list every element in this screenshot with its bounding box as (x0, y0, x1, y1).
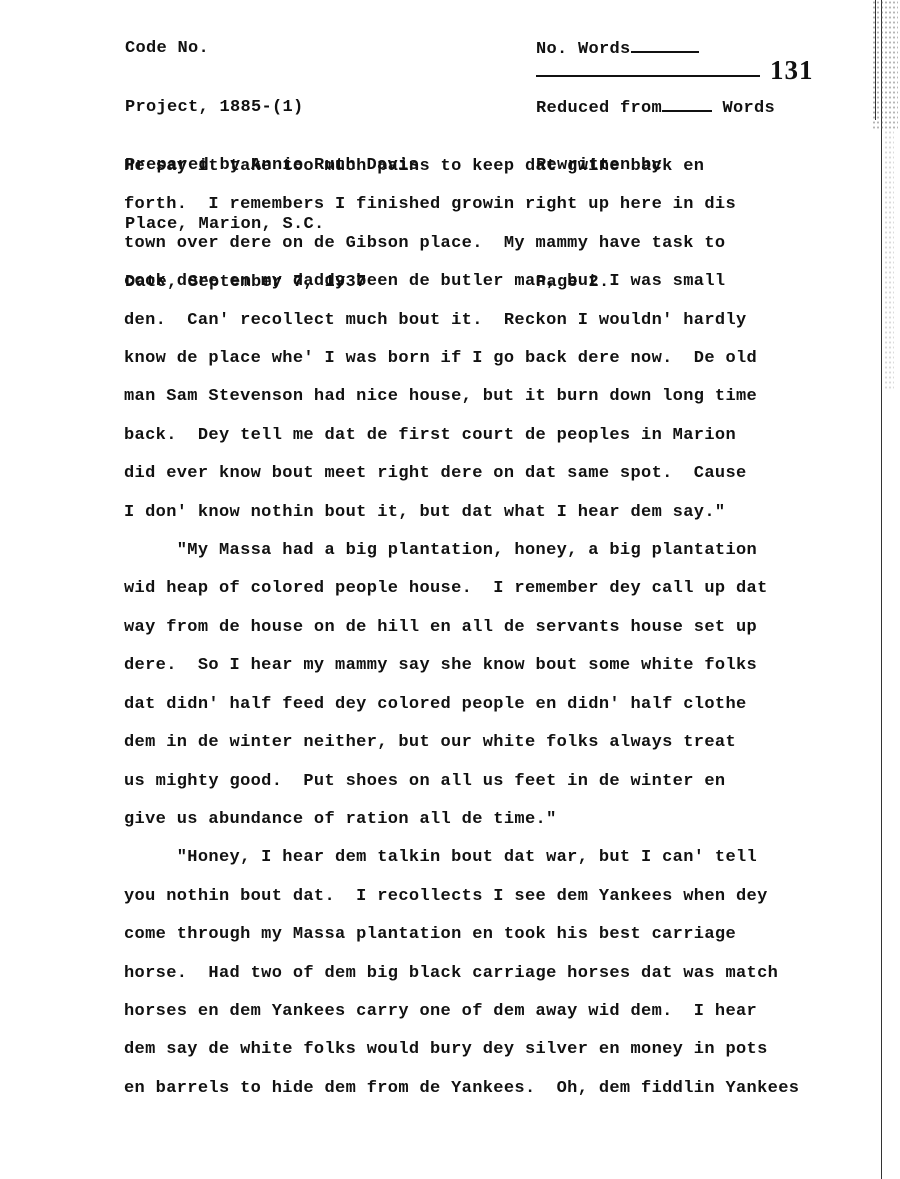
text-line: cook dere en my daddy been de butler man… (124, 263, 844, 301)
text-line: way from de house on de hill en all de s… (124, 609, 844, 647)
rewritten-by-rule (536, 75, 760, 77)
text-line: give us abundance of ration all de time.… (124, 801, 844, 839)
project: Project, 1885-(1) (125, 98, 419, 118)
text-line: did ever know bout meet right dere on da… (124, 455, 844, 493)
text-line: know de place whe' I was born if I go ba… (124, 340, 844, 378)
no-words-blank (631, 39, 699, 53)
document-page: Code No. Project, 1885-(1) Prepared by A… (0, 0, 900, 1179)
no-words-label: No. Words (536, 40, 631, 59)
code-no: Code No. (125, 39, 419, 59)
text-line: "My Massa had a big plantation, honey, a… (124, 532, 844, 570)
transcript-body: He say it take too much pains to keep da… (124, 148, 844, 1108)
text-line: I don' know nothin bout it, but dat what… (124, 494, 844, 532)
text-line: town over dere on de Gibson place. My ma… (124, 225, 844, 263)
text-line: us mighty good. Put shoes on all us feet… (124, 763, 844, 801)
page-number-stamp: 131 (770, 55, 814, 86)
text-line: horse. Had two of dem big black carriage… (124, 955, 844, 993)
reduced-words-label: Words (723, 99, 776, 118)
text-line: wid heap of colored people house. I reme… (124, 570, 844, 608)
text-line: He say it take too much pains to keep da… (124, 148, 844, 186)
text-line: come through my Massa plantation en took… (124, 916, 844, 954)
text-line: en barrels to hide dem from de Yankees. … (124, 1070, 844, 1108)
text-line: man Sam Stevenson had nice house, but it… (124, 378, 844, 416)
text-line: forth. I remembers I finished growin rig… (124, 186, 844, 224)
text-line: dem in de winter neither, but our white … (124, 724, 844, 762)
no-words-row: No. Words (536, 39, 775, 59)
scan-edge-artifact (872, 0, 900, 1179)
text-line: dere. So I hear my mammy say she know bo… (124, 647, 844, 685)
text-line: horses en dem Yankees carry one of dem a… (124, 993, 844, 1031)
text-line: dat didn' half feed dey colored people e… (124, 686, 844, 724)
text-line: dem say de white folks would bury dey si… (124, 1031, 844, 1069)
text-line: den. Can' recollect much bout it. Reckon… (124, 302, 844, 340)
text-line: you nothin bout dat. I recollects I see … (124, 878, 844, 916)
text-line: back. Dey tell me dat de first court de … (124, 417, 844, 455)
reduced-from-blank (662, 98, 712, 112)
reduced-from-row: Reduced from Words (536, 98, 775, 118)
text-line: "Honey, I hear dem talkin bout dat war, … (124, 839, 844, 877)
reduced-from-label: Reduced from (536, 99, 662, 118)
